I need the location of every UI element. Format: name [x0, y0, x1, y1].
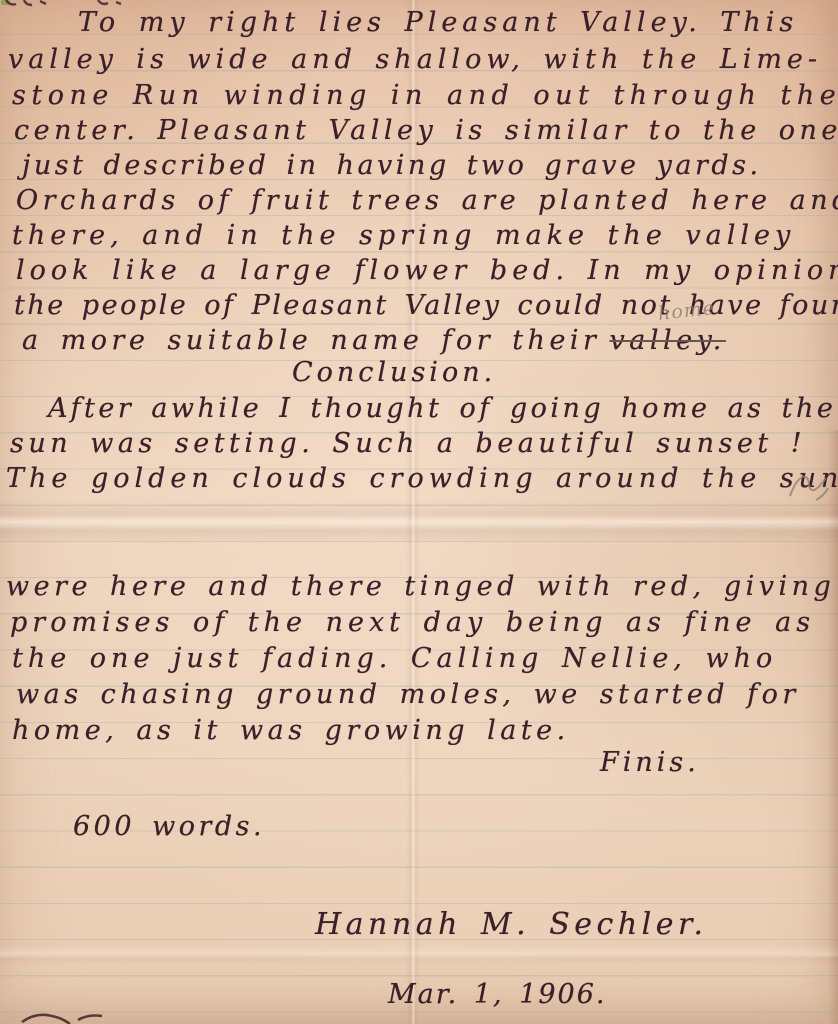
date: Mar. 1, 1906. — [388, 980, 607, 1010]
essay-line: stone Run winding in and out through the — [12, 81, 838, 111]
pencil-squiggle — [786, 466, 832, 510]
essay-line: the one just fading. Calling Nellie, who — [12, 644, 777, 674]
section-heading: Conclusion. — [292, 358, 496, 388]
essay-line: The golden clouds crowding around the su… — [6, 464, 838, 494]
essay-line-text: a more suitable name for their — [22, 325, 600, 356]
essay-line: home, as it was growing late. — [12, 716, 570, 746]
word-count: 600 words. — [73, 812, 265, 842]
fold-crease-horizontal — [0, 500, 838, 544]
crossed-out-word: valley. — [609, 325, 725, 356]
finis-label: Finis. — [600, 748, 700, 778]
cut-off-stroke-bottom — [18, 1006, 108, 1024]
essay-line: valley is wide and shallow, with the Lim… — [8, 45, 822, 75]
essay-line: just described in having two grave yards… — [22, 151, 762, 181]
essay-line: After awhile I thought of going home as … — [48, 394, 836, 424]
essay-line: center. Pleasant Valley is similar to th… — [14, 116, 838, 146]
paper-sheet: To my right lies Pleasant Valley. This v… — [0, 0, 838, 1024]
essay-line: there, and in the spring make the valley — [12, 221, 795, 251]
right-edge-curl-shadow — [828, 430, 838, 1024]
fold-crease-horizontal-lower — [0, 946, 838, 964]
essay-line: was chasing ground moles, we started for — [16, 680, 800, 710]
essay-line: To my right lies Pleasant Valley. This — [78, 8, 798, 38]
essay-line: promises of the next day being as fine a… — [10, 608, 815, 638]
essay-line: Orchards of fruit trees are planted here… — [16, 186, 838, 216]
essay-line: were here and there tinged with red, giv… — [6, 572, 835, 602]
essay-line: sun was setting. Such a beautiful sunset… — [10, 429, 806, 459]
essay-line: a more suitable name for theirvalley. — [22, 326, 726, 356]
signature: Hannah M. Sechler. — [315, 910, 708, 940]
essay-line: look like a large flower bed. In my opin… — [16, 256, 838, 286]
